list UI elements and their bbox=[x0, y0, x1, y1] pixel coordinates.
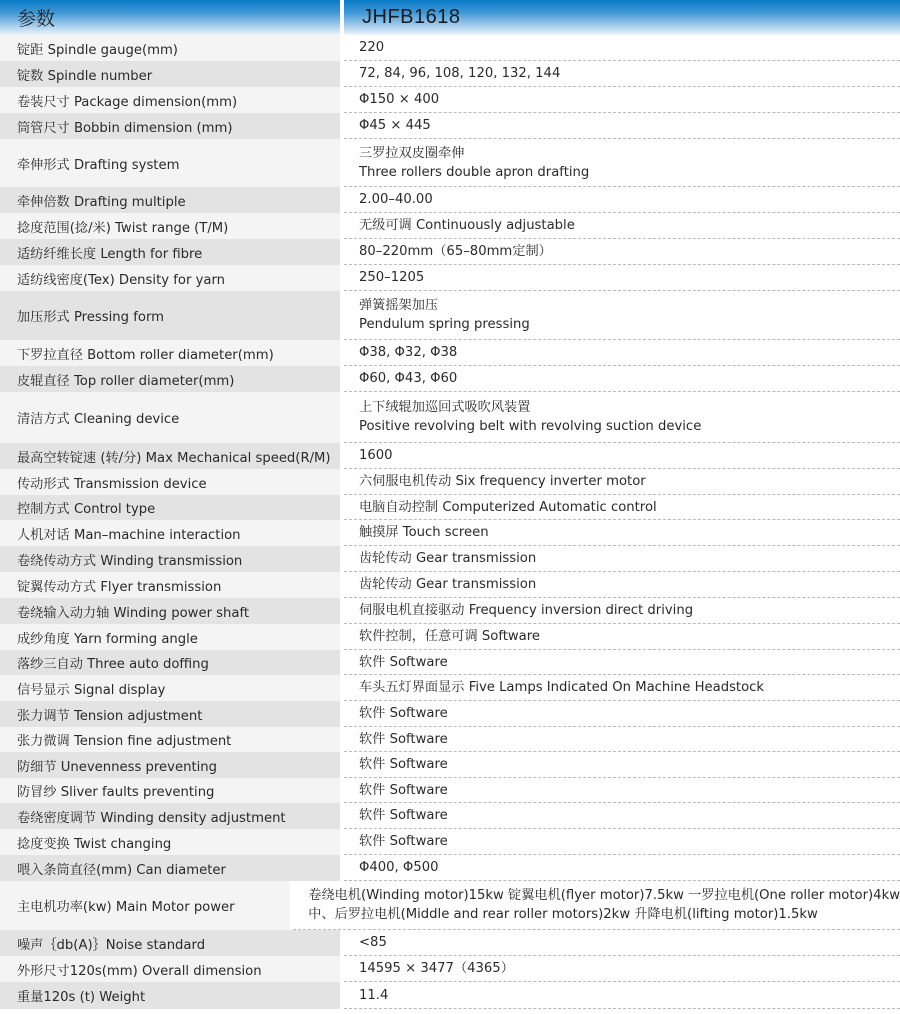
param-label: 捻度变换 Twist changing bbox=[0, 829, 340, 855]
table-row: 噪声｛db(A)｝Noise standard<85 bbox=[0, 930, 900, 956]
param-value: 触摸屏 Touch screen bbox=[344, 520, 900, 546]
param-label: 卷装尺寸 Package dimension(mm) bbox=[0, 87, 340, 113]
param-value: Φ400, Φ500 bbox=[344, 855, 900, 881]
table-row: 加压形式 Pressing form弹簧摇架加压Pendulum spring … bbox=[0, 291, 900, 340]
table-row: 锭翼传动方式 Flyer transmission齿轮传动 Gear trans… bbox=[0, 572, 900, 598]
table-row: 牵伸倍数 Drafting multiple2.00–40.00 bbox=[0, 187, 900, 213]
spec-sheet: 参数 JHFB1618 锭距 Spindle gauge(mm)220锭数 Sp… bbox=[0, 0, 900, 1009]
table-row: 重量120s (t) Weight11.4 bbox=[0, 982, 900, 1009]
param-value-line: 2.00–40.00 bbox=[359, 190, 900, 209]
table-row: 成纱角度 Yarn forming angle软件控制，任意可调 Softwar… bbox=[0, 624, 900, 650]
param-label: 锭距 Spindle gauge(mm) bbox=[0, 35, 340, 61]
param-value-line: 软件 Software bbox=[359, 832, 900, 851]
param-value: 软件 Software bbox=[344, 752, 900, 778]
param-value: 上下绒辊加巡回式吸吹风装置Positive revolving belt wit… bbox=[344, 392, 900, 443]
param-value-line: 中、后罗拉电机(Middle and rear roller motors)2k… bbox=[308, 905, 900, 924]
param-value: Φ38, Φ32, Φ38 bbox=[344, 340, 900, 366]
table-row: 清洁方式 Cleaning device上下绒辊加巡回式吸吹风装置Positiv… bbox=[0, 392, 900, 443]
param-label: 防冒纱 Sliver faults preventing bbox=[0, 778, 340, 803]
param-value: 六伺服电机传动 Six frequency inverter motor bbox=[344, 469, 900, 495]
param-value-line: 220 bbox=[359, 38, 900, 57]
param-value: 伺服电机直接驱动 Frequency inversion direct driv… bbox=[344, 598, 900, 624]
param-value-line: Φ150 × 400 bbox=[359, 90, 900, 109]
table-row: 适纺纤维长度 Length for fibre80–220mm（65–80mm定… bbox=[0, 239, 900, 265]
table-row: 人机对话 Man–machine interaction触摸屏 Touch sc… bbox=[0, 520, 900, 546]
param-value-line: Φ400, Φ500 bbox=[359, 858, 900, 877]
param-value-line: 齿轮传动 Gear transmission bbox=[359, 549, 900, 568]
param-label: 皮辊直径 Top roller diameter(mm) bbox=[0, 366, 340, 392]
param-value-line: 250–1205 bbox=[359, 268, 900, 287]
table-row: 卷绕密度调节 Winding density adjustment软件 Soft… bbox=[0, 803, 900, 829]
table-row: 适纺线密度(Tex) Density for yarn250–1205 bbox=[0, 265, 900, 291]
table-row: 捻度变换 Twist changing软件 Software bbox=[0, 829, 900, 855]
table-row: 最高空转锭速 (转/分) Max Mechanical speed(R/M)16… bbox=[0, 443, 900, 469]
param-value-line: Φ38, Φ32, Φ38 bbox=[359, 343, 900, 362]
table-row: 外形尺寸120s(mm) Overall dimension14595 × 34… bbox=[0, 956, 900, 982]
param-label: 捻度范围(捻/米) Twist range (T/M) bbox=[0, 213, 340, 239]
table-row: 张力微调 Tension fine adjustment软件 Software bbox=[0, 727, 900, 752]
param-value: 软件 Software bbox=[344, 650, 900, 675]
param-value-line: 软件 Software bbox=[359, 704, 900, 723]
param-label: 加压形式 Pressing form bbox=[0, 291, 340, 340]
param-label: 清洁方式 Cleaning device bbox=[0, 392, 340, 443]
table-row: 卷绕传动方式 Winding transmission齿轮传动 Gear tra… bbox=[0, 546, 900, 572]
param-value-line: 软件 Software bbox=[359, 781, 900, 800]
table-row: 卷装尺寸 Package dimension(mm)Φ150 × 400 bbox=[0, 87, 900, 113]
param-value-line: Positive revolving belt with revolving s… bbox=[359, 417, 900, 436]
param-value: <85 bbox=[344, 930, 900, 956]
param-value-line: 80–220mm（65–80mm定制） bbox=[359, 242, 900, 261]
param-value-line: 卷绕电机(Winding motor)15kw 锭翼电机(flyer motor… bbox=[308, 886, 900, 905]
table-row: 信号显示 Signal display车头五灯界面显示 Five Lamps I… bbox=[0, 675, 900, 701]
param-label: 锭数 Spindle number bbox=[0, 61, 340, 87]
param-value: 1600 bbox=[344, 443, 900, 469]
param-value-line: Φ60, Φ43, Φ60 bbox=[359, 369, 900, 388]
param-value: 250–1205 bbox=[344, 265, 900, 291]
param-label: 喂入条筒直径(mm) Can diameter bbox=[0, 855, 340, 881]
param-value-line: 齿轮传动 Gear transmission bbox=[359, 575, 900, 594]
table-row: 锭数 Spindle number72, 84, 96, 108, 120, 1… bbox=[0, 61, 900, 87]
param-value: 14595 × 3477（4365） bbox=[344, 956, 900, 982]
param-label: 主电机功率(kw) Main Motor power bbox=[0, 881, 290, 930]
param-label: 控制方式 Control type bbox=[0, 495, 340, 520]
param-label: 下罗拉直径 Bottom roller diameter(mm) bbox=[0, 340, 340, 366]
param-value: 无级可调 Continuously adjustable bbox=[344, 213, 900, 239]
param-label: 最高空转锭速 (转/分) Max Mechanical speed(R/M) bbox=[0, 443, 340, 469]
param-value-line: 11.4 bbox=[359, 986, 900, 1005]
table-row: 牵伸形式 Drafting system三罗拉双皮圈牵伸Three roller… bbox=[0, 139, 900, 187]
param-value: 软件 Software bbox=[344, 803, 900, 829]
param-value: 软件 Software bbox=[344, 727, 900, 752]
param-label: 牵伸倍数 Drafting multiple bbox=[0, 187, 340, 213]
param-label: 卷绕传动方式 Winding transmission bbox=[0, 546, 340, 572]
param-value-line: 车头五灯界面显示 Five Lamps Indicated On Machine… bbox=[359, 678, 900, 697]
table-row: 落纱三自动 Three auto doffing软件 Software bbox=[0, 650, 900, 675]
param-value: 72, 84, 96, 108, 120, 132, 144 bbox=[344, 61, 900, 87]
param-label: 锭翼传动方式 Flyer transmission bbox=[0, 572, 340, 598]
param-value-line: Three rollers double apron drafting bbox=[359, 163, 900, 182]
table-row: 主电机功率(kw) Main Motor power卷绕电机(Winding m… bbox=[0, 881, 900, 930]
param-value: 2.00–40.00 bbox=[344, 187, 900, 213]
param-value: 80–220mm（65–80mm定制） bbox=[344, 239, 900, 265]
param-value: 软件控制，任意可调 Software bbox=[344, 624, 900, 650]
table-row: 下罗拉直径 Bottom roller diameter(mm)Φ38, Φ32… bbox=[0, 340, 900, 366]
table-row: 锭距 Spindle gauge(mm)220 bbox=[0, 35, 900, 61]
param-label: 信号显示 Signal display bbox=[0, 675, 340, 701]
param-label: 适纺线密度(Tex) Density for yarn bbox=[0, 265, 340, 291]
table-row: 筒管尺寸 Bobbin dimension (mm)Φ45 × 445 bbox=[0, 113, 900, 139]
param-value-line: Φ45 × 445 bbox=[359, 116, 900, 135]
param-label: 筒管尺寸 Bobbin dimension (mm) bbox=[0, 113, 340, 139]
param-value: 齿轮传动 Gear transmission bbox=[344, 572, 900, 598]
param-label: 成纱角度 Yarn forming angle bbox=[0, 624, 340, 650]
param-value-line: 软件 Software bbox=[359, 755, 900, 774]
param-value-line: 软件控制，任意可调 Software bbox=[359, 627, 900, 646]
param-value: Φ60, Φ43, Φ60 bbox=[344, 366, 900, 392]
table-row: 捻度范围(捻/米) Twist range (T/M)无级可调 Continuo… bbox=[0, 213, 900, 239]
param-value-line: 触摸屏 Touch screen bbox=[359, 523, 900, 542]
param-label: 噪声｛db(A)｝Noise standard bbox=[0, 930, 340, 956]
param-label: 张力微调 Tension fine adjustment bbox=[0, 727, 340, 752]
param-value: 车头五灯界面显示 Five Lamps Indicated On Machine… bbox=[344, 675, 900, 701]
table-row: 防细节 Unevenness preventing软件 Software bbox=[0, 752, 900, 778]
param-label: 人机对话 Man–machine interaction bbox=[0, 520, 340, 546]
param-value-line: 无级可调 Continuously adjustable bbox=[359, 216, 900, 235]
param-label: 防细节 Unevenness preventing bbox=[0, 752, 340, 778]
param-value: 软件 Software bbox=[344, 829, 900, 855]
param-value: Φ150 × 400 bbox=[344, 87, 900, 113]
param-value: 卷绕电机(Winding motor)15kw 锭翼电机(flyer motor… bbox=[293, 881, 900, 930]
table-row: 卷绕输入动力轴 Winding power shaft伺服电机直接驱动 Freq… bbox=[0, 598, 900, 624]
param-value-line: 电脑自动控制 Computerized Automatic control bbox=[359, 498, 900, 517]
param-value-line: 软件 Software bbox=[359, 730, 900, 749]
param-value-line: 上下绒辊加巡回式吸吹风装置 bbox=[359, 398, 900, 417]
param-value: 软件 Software bbox=[344, 778, 900, 803]
param-label: 牵伸形式 Drafting system bbox=[0, 139, 340, 187]
table-row: 皮辊直径 Top roller diameter(mm)Φ60, Φ43, Φ6… bbox=[0, 366, 900, 392]
param-value: 三罗拉双皮圈牵伸Three rollers double apron draft… bbox=[344, 139, 900, 187]
spec-table-body: 锭距 Spindle gauge(mm)220锭数 Spindle number… bbox=[0, 35, 900, 1009]
header-model: JHFB1618 bbox=[344, 0, 900, 35]
param-value-line: 伺服电机直接驱动 Frequency inversion direct driv… bbox=[359, 601, 900, 620]
param-value-line: 软件 Software bbox=[359, 653, 900, 672]
table-row: 传动形式 Transmission device六伺服电机传动 Six freq… bbox=[0, 469, 900, 495]
table-row: 张力调节 Tension adjustment软件 Software bbox=[0, 701, 900, 727]
param-value: Φ45 × 445 bbox=[344, 113, 900, 139]
param-value-line: 14595 × 3477（4365） bbox=[359, 959, 900, 978]
param-value: 齿轮传动 Gear transmission bbox=[344, 546, 900, 572]
table-row: 防冒纱 Sliver faults preventing软件 Software bbox=[0, 778, 900, 803]
param-value-line: 软件 Software bbox=[359, 806, 900, 825]
param-label: 卷绕输入动力轴 Winding power shaft bbox=[0, 598, 340, 624]
param-value-line: 六伺服电机传动 Six frequency inverter motor bbox=[359, 472, 900, 491]
param-value-line: <85 bbox=[359, 933, 900, 952]
table-row: 控制方式 Control type电脑自动控制 Computerized Aut… bbox=[0, 495, 900, 520]
param-value-line: 1600 bbox=[359, 446, 900, 465]
param-label: 落纱三自动 Three auto doffing bbox=[0, 650, 340, 675]
param-value-line: 72, 84, 96, 108, 120, 132, 144 bbox=[359, 64, 900, 83]
param-value-line: 三罗拉双皮圈牵伸 bbox=[359, 144, 900, 163]
param-value-line: Pendulum spring pressing bbox=[359, 315, 900, 334]
param-value: 弹簧摇架加压Pendulum spring pressing bbox=[344, 291, 900, 340]
param-value: 220 bbox=[344, 35, 900, 61]
param-value: 软件 Software bbox=[344, 701, 900, 727]
param-value: 11.4 bbox=[344, 982, 900, 1009]
param-label: 卷绕密度调节 Winding density adjustment bbox=[0, 803, 340, 829]
param-value: 电脑自动控制 Computerized Automatic control bbox=[344, 495, 900, 520]
param-label: 传动形式 Transmission device bbox=[0, 469, 340, 495]
param-label: 适纺纤维长度 Length for fibre bbox=[0, 239, 340, 265]
param-label: 重量120s (t) Weight bbox=[0, 982, 340, 1009]
header-param-label: 参数 bbox=[0, 0, 340, 35]
table-row: 喂入条筒直径(mm) Can diameterΦ400, Φ500 bbox=[0, 855, 900, 881]
param-value-line: 弹簧摇架加压 bbox=[359, 296, 900, 315]
param-label: 外形尺寸120s(mm) Overall dimension bbox=[0, 956, 340, 982]
table-header: 参数 JHFB1618 bbox=[0, 0, 900, 35]
param-label: 张力调节 Tension adjustment bbox=[0, 701, 340, 727]
